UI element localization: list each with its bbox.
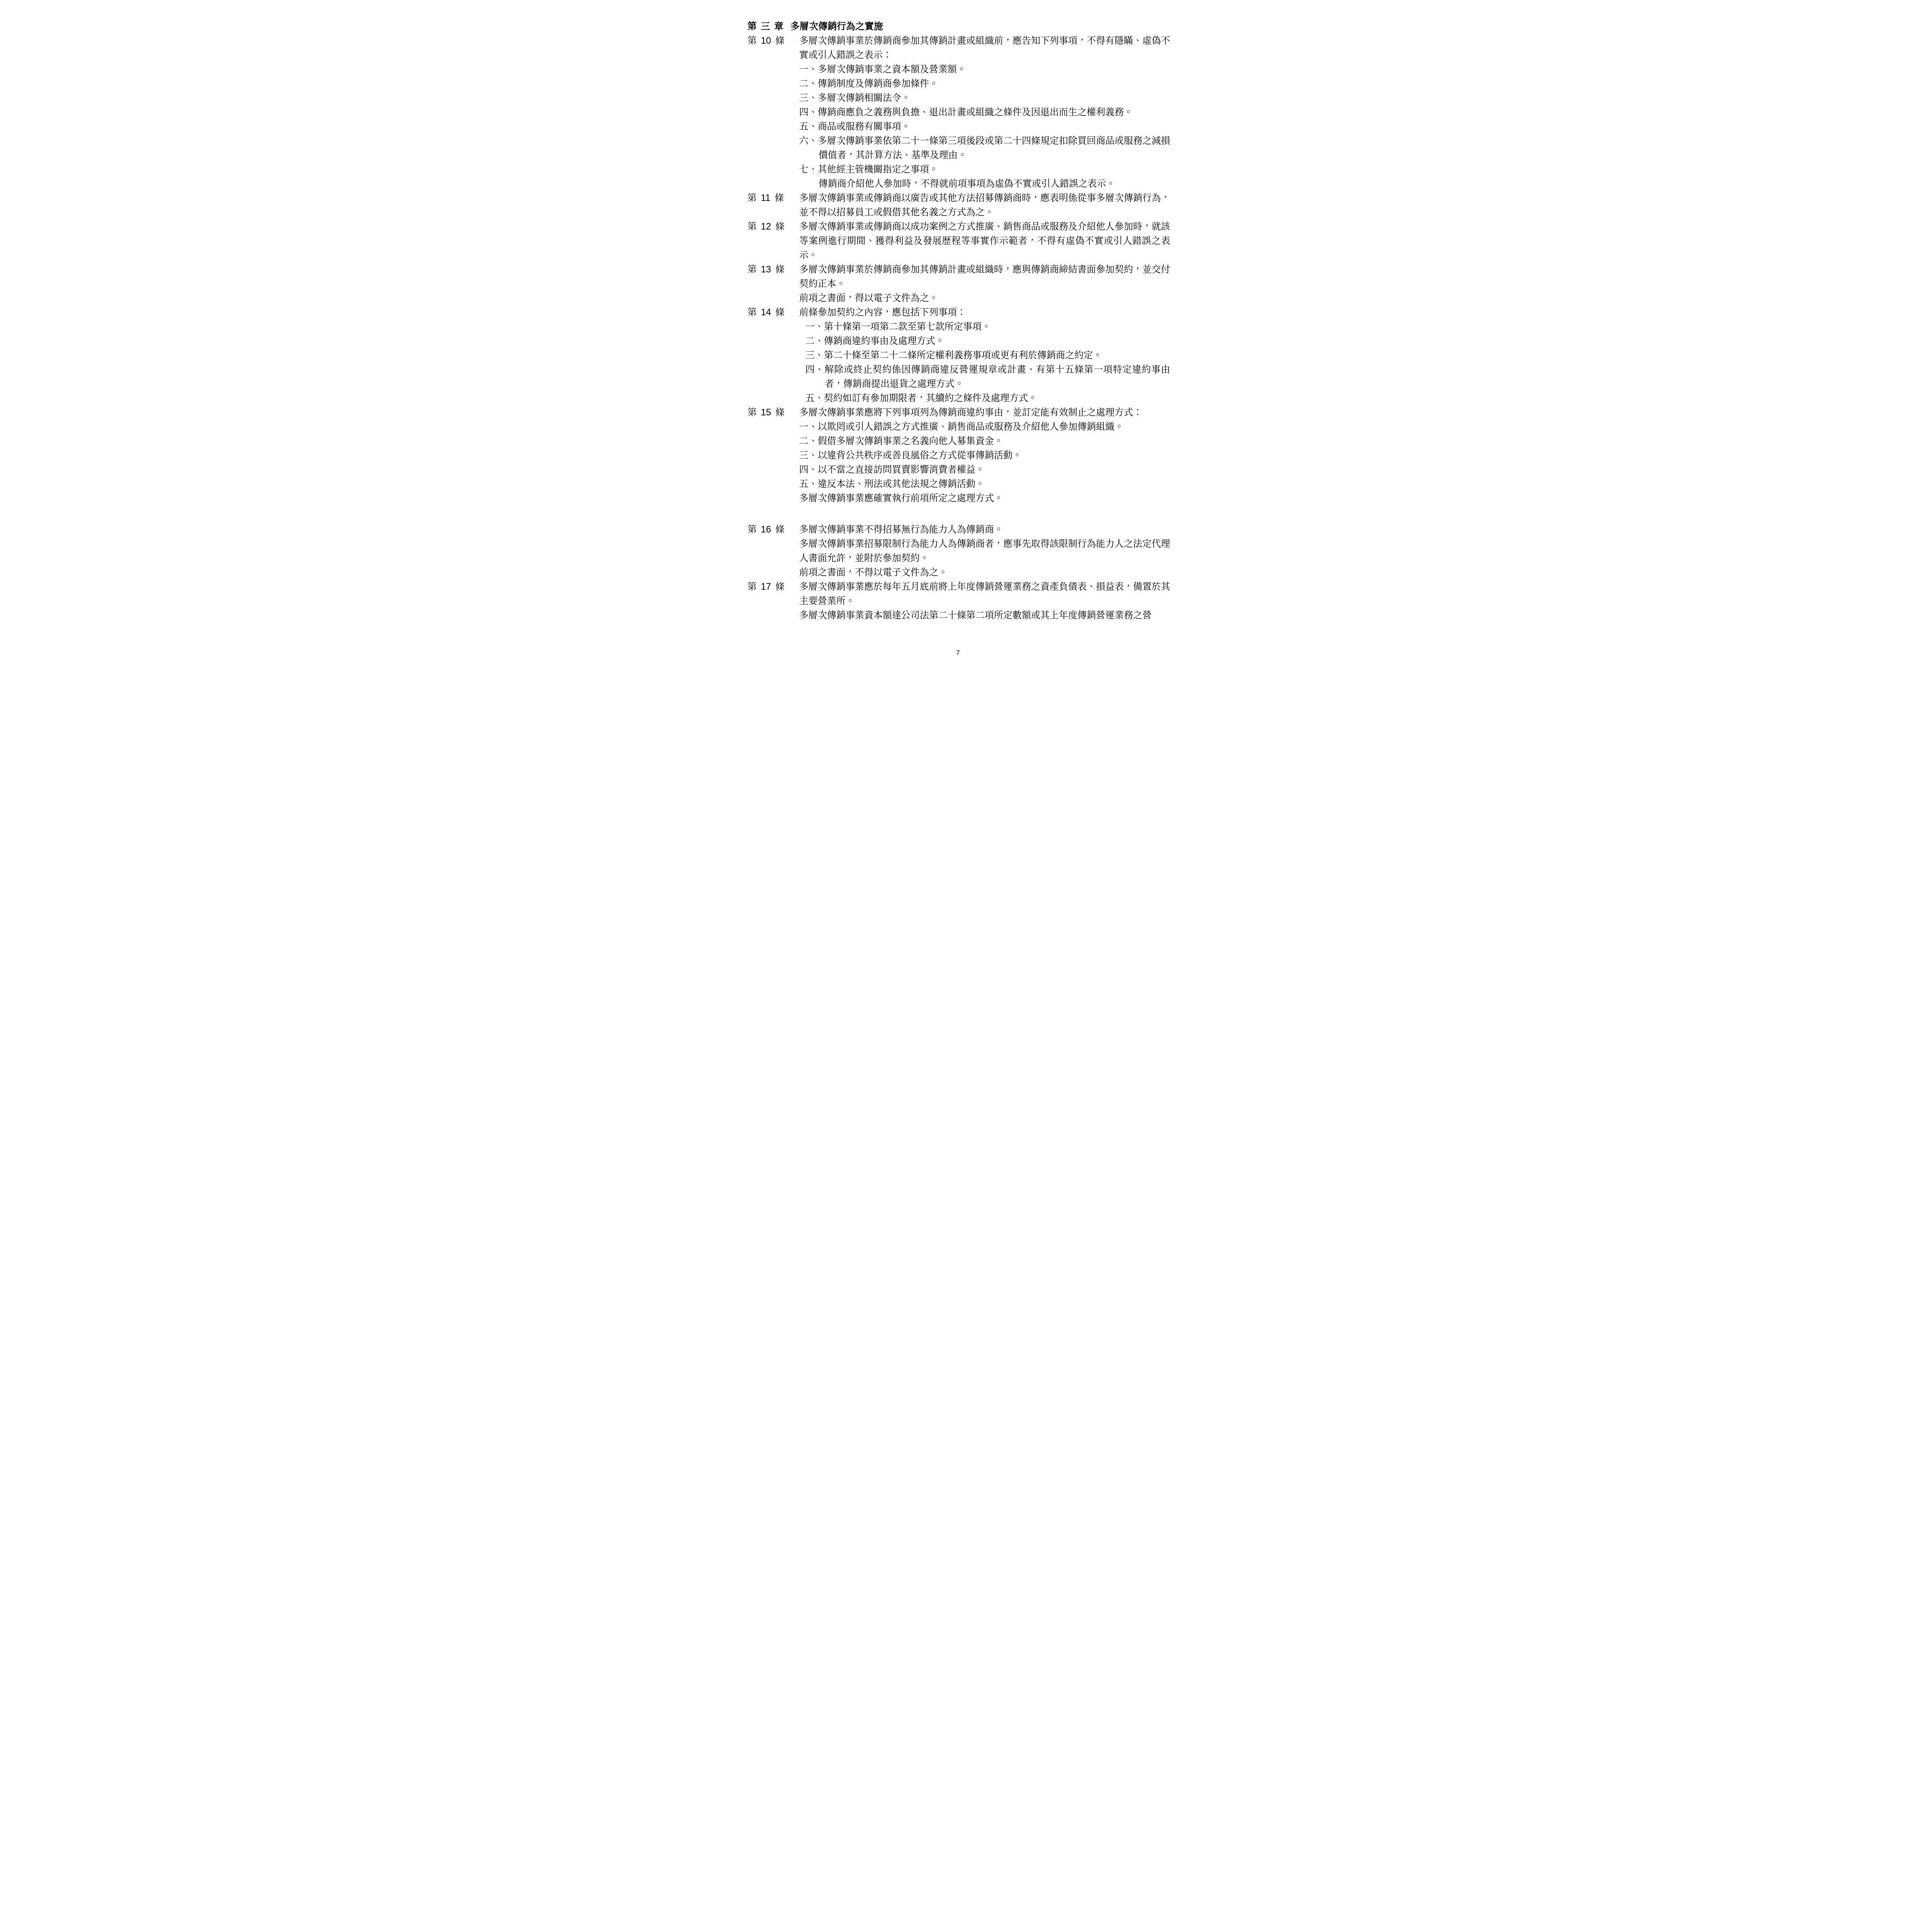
article-paragraph: 多層次傳銷事業資本額達公司法第二十條第二項所定數額或其上年度傳銷營運業務之營 <box>799 608 1170 622</box>
list-item: 五、契約如訂有參加期限者，其續約之條件及處理方式。 <box>805 391 1170 405</box>
article-12: 第 12 條 多層次傳銷事業或傳銷商以成功案例之方式推廣、銷售商品或服務及介紹他… <box>747 219 1170 262</box>
list-item: 五、商品或服務有關事項。 <box>799 119 1170 134</box>
list-item: 三、第二十條至第二十二條所定權利義務事項或更有利於傳銷商之約定。 <box>805 348 1170 362</box>
article-body: 前條參加契約之內容，應包括下列事項： 一、第十條第一項第二款至第七款所定事項。 … <box>799 305 1170 405</box>
article-paragraph: 多層次傳銷事業於傳銷商參加其傳銷計畫或組織前，應告知下列事項，不得有隱瞞、虛偽不… <box>799 34 1170 62</box>
article-paragraph: 傳銷商介紹他人參加時，不得就前項事項為虛偽不實或引人錯誤之表示。 <box>799 177 1170 191</box>
article-paragraph: 前項之書面，不得以電子文件為之。 <box>799 565 1170 580</box>
article-body: 多層次傳銷事業於傳銷商參加其傳銷計畫或組織前，應告知下列事項，不得有隱瞞、虛偽不… <box>799 34 1170 191</box>
list-item: 三、多層次傳銷相關法令。 <box>799 91 1170 105</box>
article-13: 第 13 條 多層次傳銷事業於傳銷商參加其傳銷計畫或組織時，應與傳銷商締結書面參… <box>747 262 1170 305</box>
article-number: 第 15 條 <box>747 405 784 420</box>
article-paragraph: 前項之書面，得以電子文件為之。 <box>799 291 1170 305</box>
article-number: 第 10 條 <box>747 34 784 48</box>
list-item: 二、假借多層次傳銷事業之名義向他人募集資金。 <box>799 434 1170 448</box>
list-item: 六、多層次傳銷事業依第二十一條第三項後段或第二十四條規定扣除買回商品或服務之減損… <box>799 134 1170 162</box>
article-11: 第 11 條 多層次傳銷事業或傳銷商以廣告或其他方法招募傳銷商時，應表明係從事多… <box>747 191 1170 219</box>
article-body: 多層次傳銷事業應將下列事項列為傳銷商違約事由，並訂定能有效制止之處理方式： 一、… <box>799 405 1170 505</box>
list-item: 二、傳銷商違約事由及處理方式。 <box>805 334 1170 348</box>
article-paragraph: 多層次傳銷事業應於每年五月底前將上年度傳銷營運業務之資產負債表、損益表，備置於其… <box>799 580 1170 608</box>
list-item: 一、多層次傳銷事業之資本額及營業額。 <box>799 62 1170 77</box>
list-item: 五、違反本法、刑法或其他法規之傳銷活動。 <box>799 477 1170 491</box>
list-item: 四、解除或終止契約係因傳銷商違反營運規章或計畫、有第十五條第一項特定違約事由者，… <box>805 362 1170 391</box>
list-item: 三、以違背公共秩序或善良風俗之方式從事傳銷活動。 <box>799 448 1170 463</box>
chapter-title: 多層次傳銷行為之實施 <box>790 21 883 32</box>
document-page: 第 三 章多層次傳銷行為之實施 第 10 條 多層次傳銷事業於傳銷商參加其傳銷計… <box>718 0 1198 678</box>
article-number: 第 16 條 <box>747 522 784 537</box>
article-paragraph: 多層次傳銷事業或傳銷商以廣告或其他方法招募傳銷商時，應表明係從事多層次傳銷行為，… <box>799 191 1170 219</box>
article-paragraph: 多層次傳銷事業應將下列事項列為傳銷商違約事由，並訂定能有效制止之處理方式： <box>799 405 1170 420</box>
page-number: 7 <box>718 648 1198 658</box>
article-body: 多層次傳銷事業或傳銷商以成功案例之方式推廣、銷售商品或服務及介紹他人參加時，就該… <box>799 219 1170 262</box>
list-item: 一、第十條第一項第二款至第七款所定事項。 <box>805 320 1170 334</box>
list-item: 四、以不當之直接訪問買賣影響消費者權益。 <box>799 463 1170 477</box>
article-14: 第 14 條 前條參加契約之內容，應包括下列事項： 一、第十條第一項第二款至第七… <box>747 305 1170 405</box>
article-paragraph: 多層次傳銷事業或傳銷商以成功案例之方式推廣、銷售商品或服務及介紹他人參加時，就該… <box>799 219 1170 262</box>
article-paragraph: 多層次傳銷事業應確實執行前項所定之處理方式。 <box>799 491 1170 505</box>
article-paragraph: 多層次傳銷事業招募限制行為能力人為傳銷商者，應事先取得該限制行為能力人之法定代理… <box>799 537 1170 565</box>
list-item: 四、傳銷商應負之義務與負擔、退出計畫或組織之條件及因退出而生之權利義務。 <box>799 105 1170 119</box>
article-15: 第 15 條 多層次傳銷事業應將下列事項列為傳銷商違約事由，並訂定能有效制止之處… <box>747 405 1170 505</box>
article-number: 第 13 條 <box>747 262 784 277</box>
article-body: 多層次傳銷事業或傳銷商以廣告或其他方法招募傳銷商時，應表明係從事多層次傳銷行為，… <box>799 191 1170 219</box>
article-16: 第 16 條 多層次傳銷事業不得招募無行為能力人為傳銷商。 多層次傳銷事業招募限… <box>747 522 1170 580</box>
document-content: 第 三 章多層次傳銷行為之實施 第 10 條 多層次傳銷事業於傳銷商參加其傳銷計… <box>747 19 1170 622</box>
article-number: 第 11 條 <box>747 191 784 205</box>
article-body: 多層次傳銷事業不得招募無行為能力人為傳銷商。 多層次傳銷事業招募限制行為能力人為… <box>799 522 1170 580</box>
article-paragraph: 前條參加契約之內容，應包括下列事項： <box>799 305 1170 320</box>
article-paragraph: 多層次傳銷事業於傳銷商參加其傳銷計畫或組織時，應與傳銷商締結書面參加契約，並交付… <box>799 262 1170 291</box>
article-body: 多層次傳銷事業於傳銷商參加其傳銷計畫或組織時，應與傳銷商締結書面參加契約，並交付… <box>799 262 1170 305</box>
list-item: 二、傳銷制度及傳銷商參加條件。 <box>799 77 1170 91</box>
article-number: 第 12 條 <box>747 219 784 234</box>
article-paragraph: 多層次傳銷事業不得招募無行為能力人為傳銷商。 <box>799 522 1170 537</box>
article-body: 多層次傳銷事業應於每年五月底前將上年度傳銷營運業務之資產負債表、損益表，備置於其… <box>799 580 1170 622</box>
article-number: 第 14 條 <box>747 305 784 320</box>
article-10: 第 10 條 多層次傳銷事業於傳銷商參加其傳銷計畫或組織前，應告知下列事項，不得… <box>747 34 1170 191</box>
list-item: 一、以欺罔或引人錯誤之方式推廣、銷售商品或服務及介紹他人參加傳銷組織。 <box>799 420 1170 434</box>
chapter-number: 第 三 章 <box>747 21 783 32</box>
list-item: 七、其他經主管機關指定之事項。 <box>799 162 1170 177</box>
article-17: 第 17 條 多層次傳銷事業應於每年五月底前將上年度傳銷營運業務之資產負債表、損… <box>747 580 1170 622</box>
article-number: 第 17 條 <box>747 580 784 594</box>
chapter-heading: 第 三 章多層次傳銷行為之實施 <box>747 19 1170 34</box>
